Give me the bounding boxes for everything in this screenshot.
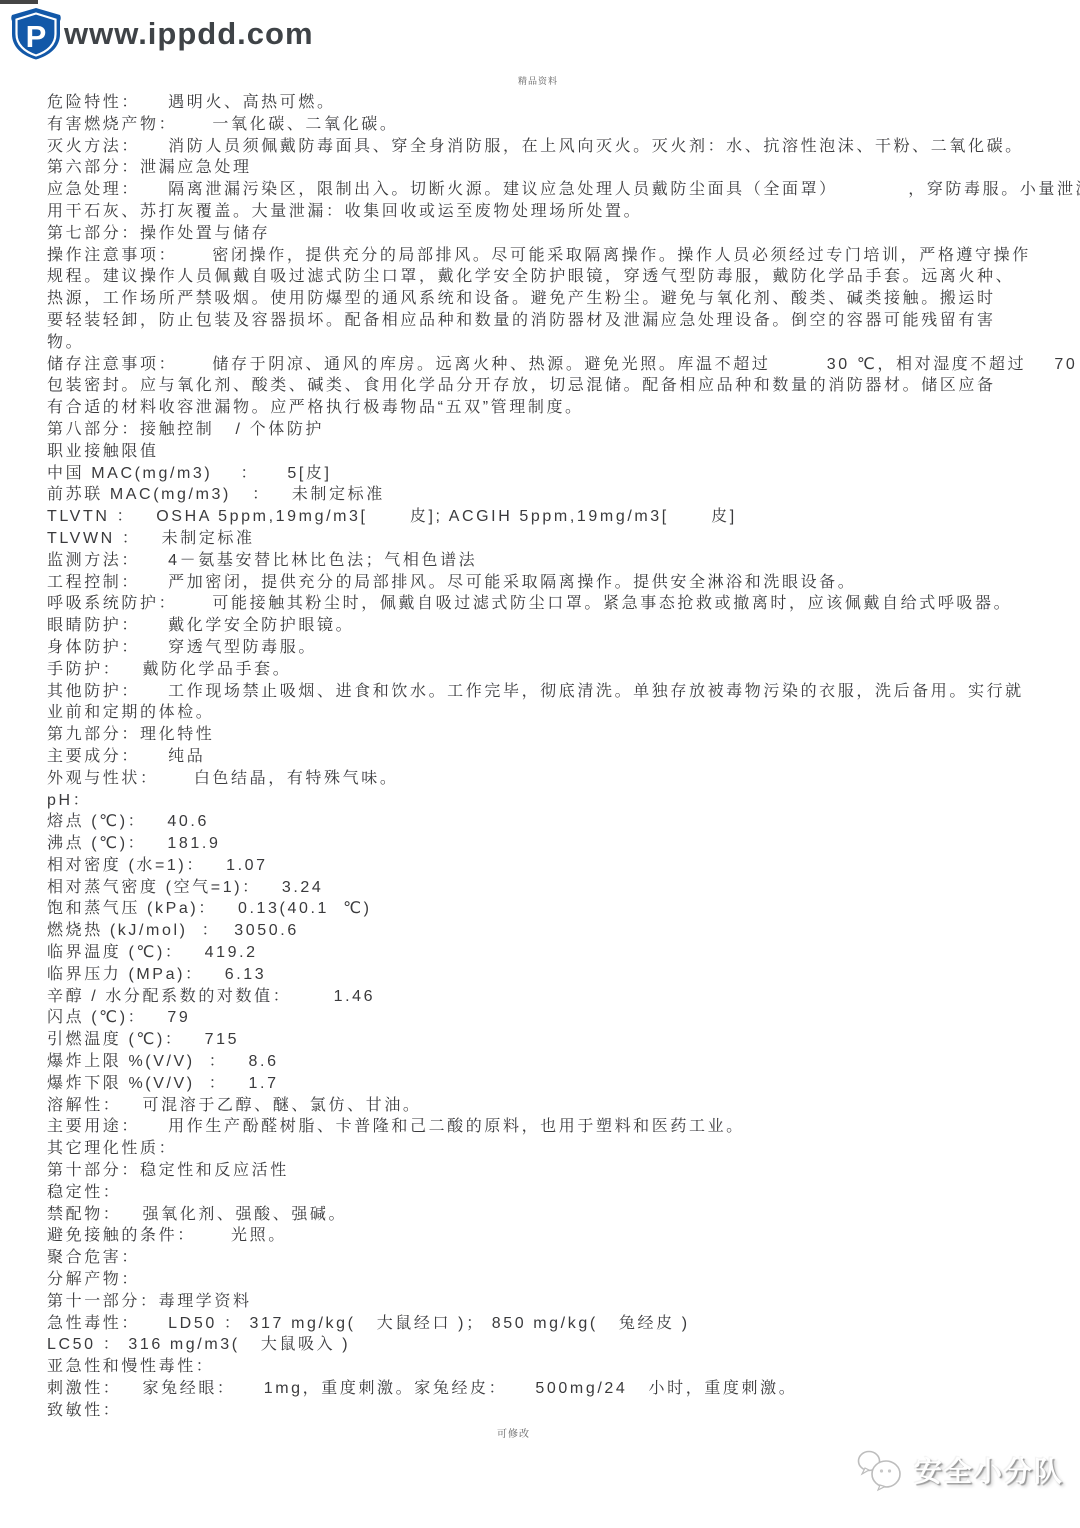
document-line: 闪点 (℃)： 79	[47, 1007, 1052, 1029]
document-line: 热源，工作场所严禁吸烟。使用防爆型的通风系统和设备。避免产生粉尘。避免与氧化剂、…	[47, 288, 1052, 310]
document-line: 外观与性状： 白色结晶，有特殊气味。	[47, 768, 1052, 790]
document-line: 有合适的材料收容泄漏物。应严格执行极毒物品“五双”管理制度。	[47, 397, 1052, 419]
document-line: LC50 ： 316 mg/m3( 大鼠吸入 )	[47, 1334, 1052, 1356]
document-line: 其它理化性质：	[47, 1138, 1052, 1160]
document-line: 有害燃烧产物： 一氧化碳、二氧化碳。	[47, 114, 1052, 136]
top-note: 精品资料	[518, 74, 558, 87]
wechat-icon	[856, 1448, 906, 1492]
document-line: 业前和定期的体检。	[47, 702, 1052, 724]
document-line: 避免接触的条件： 光照。	[47, 1225, 1052, 1247]
document-line: 分解产物：	[47, 1269, 1052, 1291]
document-line: 包装密封。应与氧化剂、酸类、碱类、食用化学品分开存放，切忌混储。配备相应品种和数…	[47, 375, 1052, 397]
document-line: 手防护： 戴防化学品手套。	[47, 659, 1052, 681]
document-line: 溶解性： 可混溶于乙醇、醚、氯仿、甘油。	[47, 1095, 1052, 1117]
document-line: 身体防护： 穿透气型防毒服。	[47, 637, 1052, 659]
document-line: TLVTN ： OSHA 5ppm,19mg/m3[ 皮]; ACGIH 5pp…	[47, 506, 1052, 528]
document-line: 稳定性：	[47, 1182, 1052, 1204]
document-line: 聚合危害：	[47, 1247, 1052, 1269]
document-line: 第十一部分：毒理学资料	[47, 1291, 1052, 1313]
document-page: P www.ippdd.com 精品资料 危险特性： 遇明火、高热可燃。有害燃烧…	[0, 0, 1080, 1528]
ippdd-shield-logo-icon: P	[9, 7, 63, 60]
site-header: P www.ippdd.com	[0, 0, 1080, 66]
document-line: 第九部分：理化特性	[47, 724, 1052, 746]
document-line: 监测方法： 4－氨基安替比林比色法；气相色谱法	[47, 550, 1052, 572]
document-line: 应急处理： 隔离泄漏污染区，限制出入。切断火源。建议应急处理人员戴防尘面具（全面…	[47, 179, 1052, 201]
document-line: 第八部分：接触控制 / 个体防护	[47, 419, 1052, 441]
document-line: 爆炸下限 %(V/V) ： 1.7	[47, 1073, 1052, 1095]
document-line: 相对蒸气密度 (空气=1)： 3.24	[47, 877, 1052, 899]
document-line: 临界温度 (℃)： 419.2	[47, 942, 1052, 964]
document-line: 禁配物： 强氧化剂、强酸、强碱。	[47, 1204, 1052, 1226]
document-line: 第十部分：稳定性和反应活性	[47, 1160, 1052, 1182]
document-line: 工程控制： 严加密闭，提供充分的局部排风。尽可能采取隔离操作。提供安全淋浴和洗眼…	[47, 572, 1052, 594]
document-body: 危险特性： 遇明火、高热可燃。有害燃烧产物： 一氧化碳、二氧化碳。灭火方法： 消…	[47, 92, 1052, 1422]
document-line: 急性毒性： LD50 ： 317 mg/kg( 大鼠经口 )； 850 mg/k…	[47, 1313, 1052, 1335]
document-line: 前苏联 MAC(mg/m3) ： 未制定标准	[47, 484, 1052, 506]
logo-letter: P	[26, 19, 47, 54]
document-line: 主要成分： 纯品	[47, 746, 1052, 768]
document-line: 饱和蒸气压 (kPa)： 0.13(40.1 ℃)	[47, 898, 1052, 920]
document-line: 致敏性：	[47, 1400, 1052, 1422]
document-line: 相对密度 (水=1)： 1.07	[47, 855, 1052, 877]
watermark-text: 安全小分队	[914, 1450, 1064, 1490]
document-line: 刺激性： 家兔经眼： 1mg，重度刺激。家兔经皮： 500mg/24 小时，重度…	[47, 1378, 1052, 1400]
document-line: 物。	[47, 332, 1052, 354]
document-line: 职业接触限值	[47, 441, 1052, 463]
document-line: 第七部分：操作处置与储存	[47, 223, 1052, 245]
document-line: 其他防护： 工作现场禁止吸烟、进食和饮水。工作完毕，彻底清洗。单独存放被毒物污染…	[47, 681, 1052, 703]
document-line: 用干石灰、苏打灰覆盖。大量泄漏：收集回收或运至废物处理场所处置。	[47, 201, 1052, 223]
document-line: 要轻装轻卸，防止包装及容器损坏。配备相应品种和数量的消防器材及泄漏应急处理设备。…	[47, 310, 1052, 332]
document-line: 第六部分：泄漏应急处理	[47, 157, 1052, 179]
document-line: 中国 MAC(mg/m3) ： 5[皮]	[47, 463, 1052, 485]
document-line: 规程。建议操作人员佩戴自吸过滤式防尘口罩，戴化学安全防护眼镜，穿透气型防毒服，戴…	[47, 266, 1052, 288]
document-line: 亚急性和慢性毒性：	[47, 1356, 1052, 1378]
document-line: 主要用途： 用作生产酚醛树脂、卡普隆和己二酸的原料，也用于塑料和医药工业。	[47, 1116, 1052, 1138]
document-line: 危险特性： 遇明火、高热可燃。	[47, 92, 1052, 114]
bottom-note: 可修改	[497, 1425, 530, 1440]
document-line: 临界压力 (MPa)： 6.13	[47, 964, 1052, 986]
watermark: 安全小分队	[856, 1448, 1064, 1492]
document-line: pH：	[47, 790, 1052, 812]
document-line: 操作注意事项： 密闭操作，提供充分的局部排风。尽可能采取隔离操作。操作人员必须经…	[47, 245, 1052, 267]
document-line: 引燃温度 (℃)： 715	[47, 1029, 1052, 1051]
document-line: 爆炸上限 %(V/V) ： 8.6	[47, 1051, 1052, 1073]
document-line: 眼睛防护： 戴化学安全防护眼镜。	[47, 615, 1052, 637]
document-line: 辛醇 / 水分配系数的对数值： 1.46	[47, 986, 1052, 1008]
document-line: 燃烧热 (kJ/mol) ： 3050.6	[47, 920, 1052, 942]
document-line: TLVWN ： 未制定标准	[47, 528, 1052, 550]
document-line: 沸点 (℃)： 181.9	[47, 833, 1052, 855]
document-line: 灭火方法： 消防人员须佩戴防毒面具、穿全身消防服，在上风向灭火。灭火剂：水、抗溶…	[47, 136, 1052, 158]
document-line: 储存注意事项： 储存于阴凉、通风的库房。远离火种、热源。避免光照。库温不超过 3…	[47, 354, 1052, 376]
document-line: 熔点 (℃)： 40.6	[47, 811, 1052, 833]
site-url: www.ippdd.com	[64, 16, 314, 52]
document-line: 呼吸系统防护： 可能接触其粉尘时，佩戴自吸过滤式防尘口罩。紧急事态抢救或撤离时，…	[47, 593, 1052, 615]
